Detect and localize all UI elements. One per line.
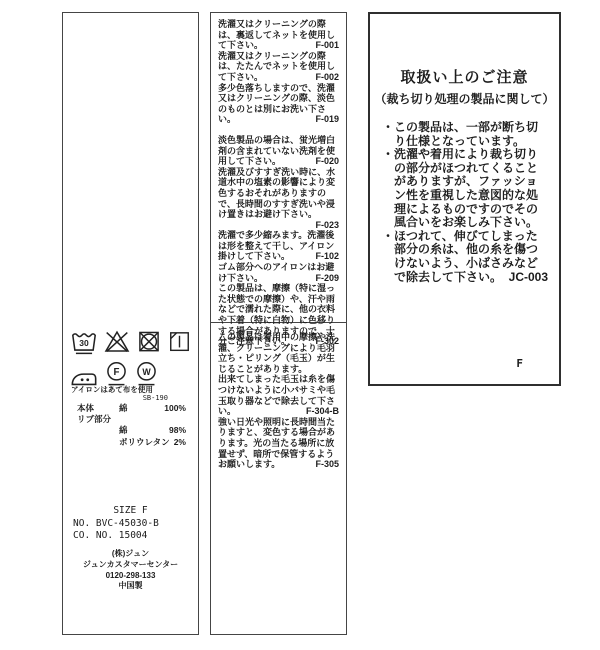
instruction-code: F-304-B: [306, 406, 339, 417]
composition-table: 本体 綿 100% リブ部分 綿 98%: [77, 403, 186, 448]
composition-row: 綿 98%: [77, 425, 186, 436]
notice-bullet-code: JC-003: [521, 271, 548, 285]
company-number: CO. NO. 15004: [73, 530, 188, 543]
instruction-section-2: この製品は着用中の摩擦や洗濯、クリーニングにより毛羽立ち・ピリング（毛玉）が生じ…: [211, 323, 346, 634]
care-instruction: この製品は着用中の摩擦や洗濯、クリーニングにより毛羽立ち・ピリング（毛玉）が生じ…: [218, 332, 339, 374]
do-not-bleach-icon: [103, 329, 131, 355]
care-instruction: ゴム部分へのアイロンはお避け下さい。 F-209: [218, 262, 339, 283]
size-label: SIZE F: [73, 505, 188, 518]
item-number: NO. BVC-45030-B: [73, 518, 188, 531]
instruction-text: 洗濯及びすすぎ洗い時に、水道水中の塩素の影響により変色するおそれがありますので、…: [218, 167, 335, 219]
care-instruction: 強い日光や照明に長時間当たりますと、変色する場合があります。光の当たる場所に放置…: [218, 417, 339, 470]
style-code: SB-190: [143, 394, 168, 402]
instruction-code: F-019: [315, 114, 339, 125]
maker-line: 0120-298-133: [63, 571, 198, 582]
product-id-block: SIZE F NO. BVC-45030-B CO. NO. 15004: [73, 505, 188, 543]
handling-notice-label: 取扱い上のご注意 （裁ち切り処理の製品に関して） ・この製品は、一部が断ち切り仕…: [368, 12, 561, 386]
svg-text:W: W: [142, 367, 151, 377]
care-instruction: 洗濯及びすすぎ洗い時に、水道水中の塩素の影響により変色するおそれがありますので、…: [218, 167, 339, 231]
instruction-label: 洗濯又はクリーニングの際は、裏返してネットを使用して下さい。 F-001 洗濯又…: [210, 12, 347, 635]
composition-material: [119, 414, 186, 425]
composition-percent: 98%: [169, 425, 186, 436]
care-symbols-row-1: 30: [70, 329, 192, 355]
instruction-section-1: 洗濯又はクリーニングの際は、裏返してネットを使用して下さい。 F-001 洗濯又…: [211, 13, 346, 323]
shade-line-dry-icon: [167, 329, 192, 355]
maker-line: 中国製: [63, 581, 198, 592]
size-mark: F: [516, 357, 523, 370]
instruction-code: F-102: [315, 251, 339, 262]
composition-part: [77, 437, 119, 448]
instruction-code: F-002: [315, 72, 339, 83]
composition-percent: 2%: [174, 437, 186, 448]
instruction-code: F-305: [315, 459, 339, 470]
notice-bullet: ・洗濯や着用により裁ち切りの部分がほつれてくることがありますが、ファッション性を…: [382, 148, 548, 230]
composition-material: 綿: [119, 425, 169, 436]
notice-bullet: ・ほつれて、伸びてしまった部分の糸は、他の糸を傷つけないよう、小ばさみなどで除去…: [382, 230, 548, 284]
composition-row: 本体 綿 100%: [77, 403, 186, 414]
notice-title: 取扱い上のご注意: [370, 66, 559, 87]
care-instruction: 淡色製品の場合は、蛍光増白剤の含まれていない洗剤を使用して下さい。 F-020: [218, 135, 339, 167]
composition-percent: 100%: [164, 403, 186, 414]
instruction-code: F-209: [315, 273, 339, 284]
care-instruction: 多少色落ちしますので、洗濯又はクリーニングの際、淡色のものとは別にお洗い下さい。…: [218, 83, 339, 125]
composition-row: リブ部分: [77, 414, 186, 425]
instruction-code: F-020: [315, 156, 339, 167]
instruction-code: F-023: [315, 220, 339, 231]
notice-bullet-text: ・この製品は、一部が断ち切り仕様となっています。: [382, 121, 538, 148]
composition-part: [77, 425, 119, 436]
maker-info: (株)ジュン ジュンカスタマーセンター 0120-298-133 中国製: [63, 549, 198, 592]
do-not-tumble-dry-icon: [136, 329, 162, 355]
care-instruction: 洗濯又はクリーニングの際は、たたんでネットを使用して下さい。 F-002: [218, 51, 339, 83]
maker-line: (株)ジュン: [63, 549, 198, 560]
composition-material: ポリウレタン: [119, 437, 174, 448]
notice-subtitle: （裁ち切り処理の製品に関して）: [370, 90, 559, 107]
svg-text:30: 30: [79, 338, 89, 348]
iron-note: アイロンはあて布を使用: [71, 384, 153, 395]
wash-30-icon: 30: [70, 329, 98, 355]
notice-bullet: ・この製品は、一部が断ち切り仕様となっています。: [382, 121, 548, 148]
notice-bullets: ・この製品は、一部が断ち切り仕様となっています。 ・洗濯や着用により裁ち切りの部…: [382, 121, 548, 284]
care-instruction: 洗濯で多少縮みます。洗濯後は形を整えて干し、アイロン掛けして下さい。 F-102: [218, 230, 339, 262]
instruction-code: F-001: [315, 40, 339, 51]
care-instruction: 洗濯又はクリーニングの際は、裏返してネットを使用して下さい。 F-001: [218, 19, 339, 51]
instruction-text: この製品は着用中の摩擦や洗濯、クリーニングにより毛羽立ち・ピリング（毛玉）が生じ…: [218, 332, 335, 374]
care-label-sheet: 30: [0, 0, 600, 650]
composition-material: 綿: [119, 403, 164, 414]
care-instruction: 出来てしまった毛玉は糸を傷つけないように小バサミや毛玉取り器などで除去して下さい…: [218, 374, 339, 416]
composition-part: リブ部分: [77, 414, 119, 425]
fabric-care-label: 30: [62, 12, 199, 635]
composition-row: ポリウレタン 2%: [77, 437, 186, 448]
notice-bullet-text: ・洗濯や着用により裁ち切りの部分がほつれてくることがありますが、ファッション性を…: [382, 148, 538, 229]
composition-part: 本体: [77, 403, 119, 414]
maker-line: ジュンカスタマーセンター: [63, 560, 198, 571]
svg-text:F: F: [114, 367, 120, 378]
